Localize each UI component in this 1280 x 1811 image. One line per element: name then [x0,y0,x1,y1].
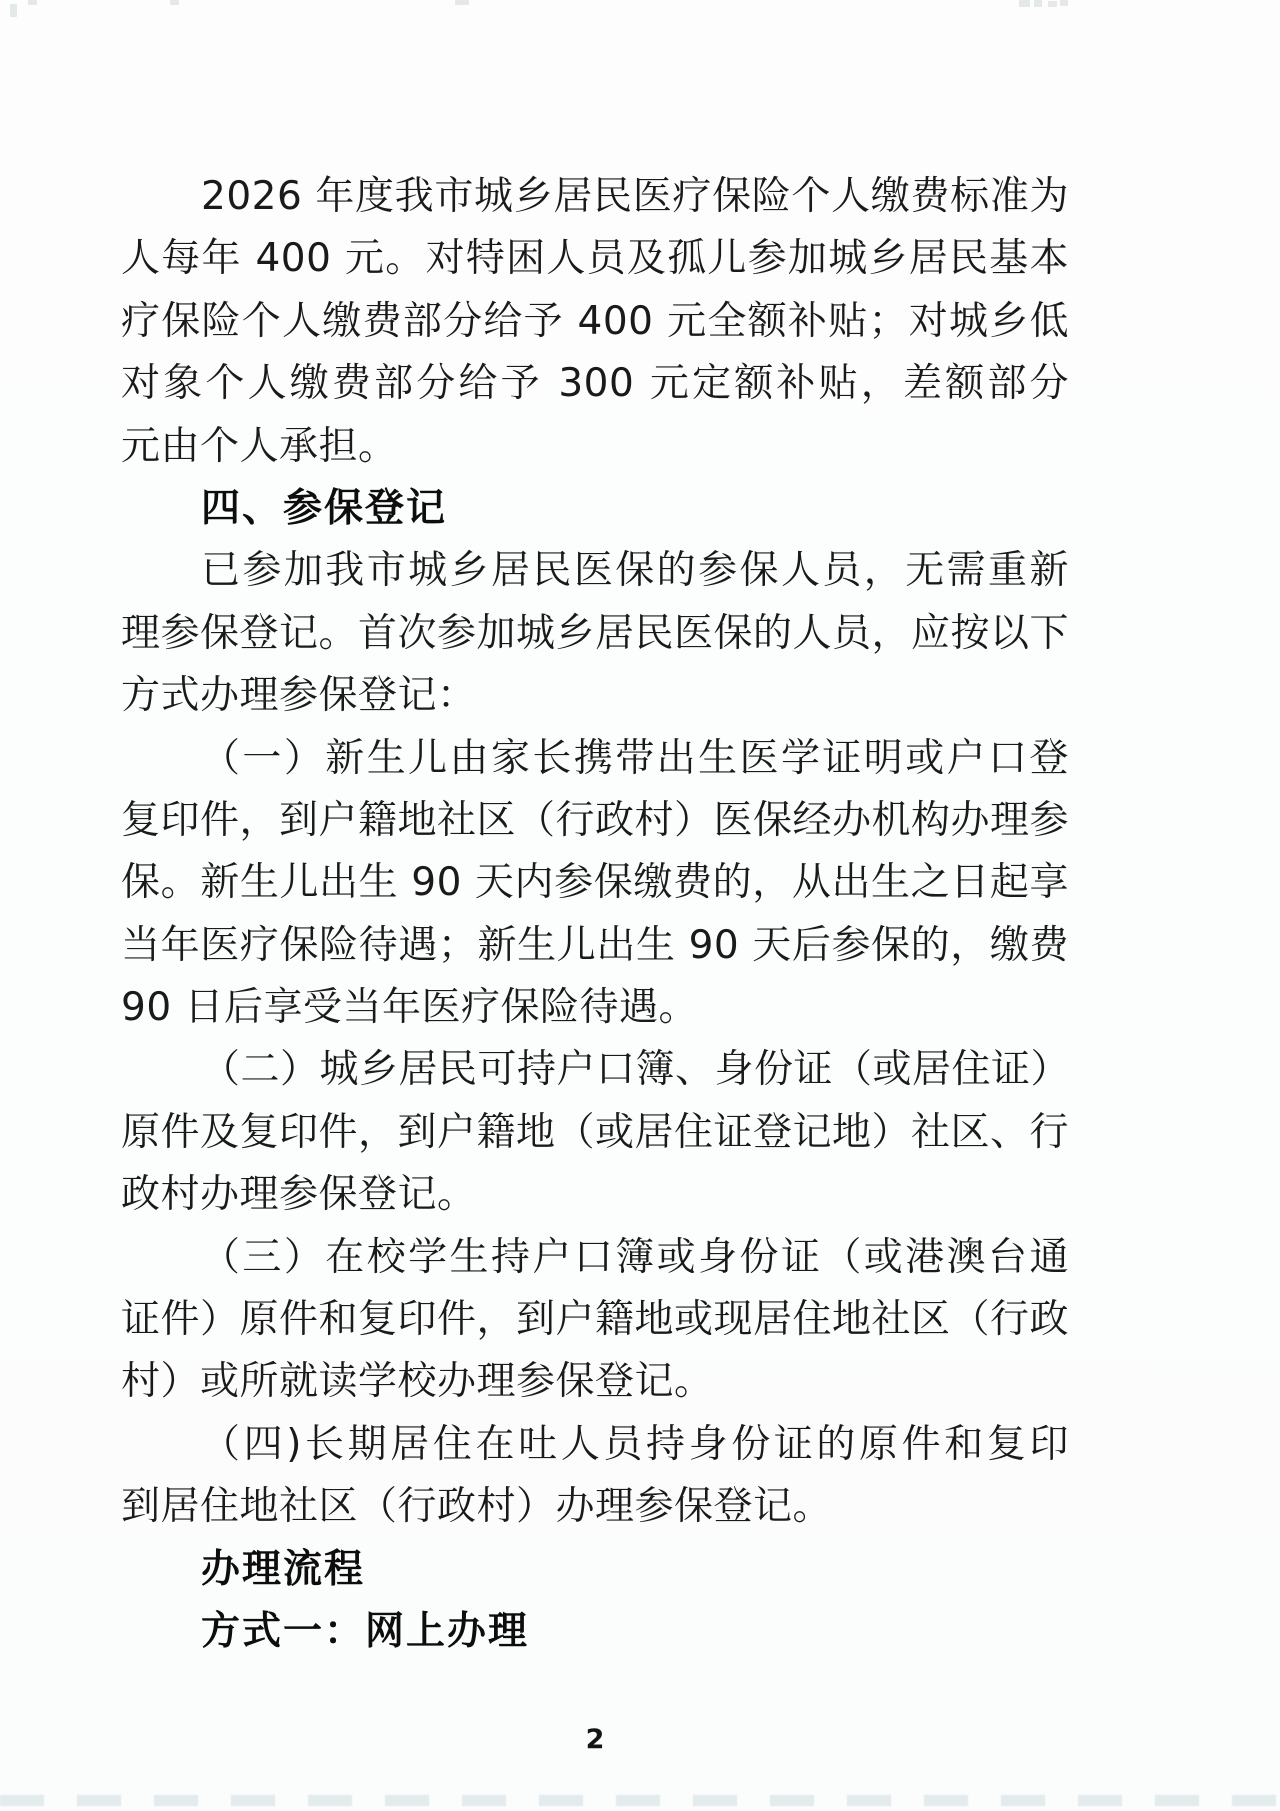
paragraph: （四)长期居住在吐人员持身份证的原件和复印件，到居住地社区（行政村）办理参保登记… [121,1414,1069,1539]
section-heading: 办理流程 [121,1539,1069,1601]
doc-line: 方式一：网上办理 [121,1601,1069,1663]
doc-line: 理参保登记。首次参加城乡居民医保的人员，应按以下 [121,603,1069,665]
doc-line: 四、参保登记 [121,478,1069,540]
doc-line: 方式办理参保登记： [121,665,1069,727]
doc-line: （二）城乡居民可持户口簿、身份证（或居住证） [121,1039,1069,1101]
scan-artifact [1034,0,1042,7]
scan-artifact [1060,0,1068,6]
doc-line: 90 日后享受当年医疗保险待遇。 [121,977,1069,1039]
scan-artifact [170,0,179,5]
doc-line: 对象个人缴费部分给予 300 元定额补贴，差额部分 100 [121,353,1069,415]
page-number: 2 [121,1724,1069,1755]
doc-line: （三）在校学生持户口簿或身份证（或港澳台通行 [121,1227,1069,1289]
paragraph: 已参加我市城乡居民医保的参保人员，无需重新办理参保登记。首次参加城乡居民医保的人… [121,540,1069,727]
scan-artifact [455,0,469,5]
doc-line: 当年医疗保险待遇；新生儿出生 90 天后参保的，缴费 [121,915,1069,977]
doc-line: 2026 年度我市城乡居民医疗保险个人缴费标准为每 [121,166,1069,228]
doc-line: 村）或所就读学校办理参保登记。 [121,1351,1069,1413]
paragraph: 2026 年度我市城乡居民医疗保险个人缴费标准为每人每年 400 元。对特困人员… [121,166,1069,478]
doc-line: 到居住地社区（行政村）办理参保登记。 [121,1476,1069,1538]
doc-line: 办理流程 [121,1539,1069,1601]
doc-line: 原件及复印件，到户籍地（或居住证登记地）社区、行 [121,1102,1069,1164]
section-heading: 四、参保登记 [121,478,1069,540]
doc-line: 政村办理参保登记。 [121,1164,1069,1226]
doc-line: （四)长期居住在吐人员持身份证的原件和复印件， [121,1414,1069,1476]
scan-artifact [1019,0,1030,7]
document-body: 2026 年度我市城乡居民医疗保险个人缴费标准为每人每年 400 元。对特困人员… [121,166,1069,1663]
scan-artifact-bottom-dashes [0,1795,1280,1806]
paragraph: （二）城乡居民可持户口簿、身份证（或居住证）原件及复印件，到户籍地（或居住证登记… [121,1039,1069,1226]
doc-line: 疗保险个人缴费部分给予 400 元全额补贴；对城乡低保 [121,291,1069,353]
scan-artifact [28,0,37,5]
scan-artifact [1048,1,1057,7]
doc-line: 复印件，到户籍地社区（行政村）医保经办机构办理参 [121,790,1069,852]
scan-artifact [10,4,17,17]
section-heading: 方式一：网上办理 [121,1601,1069,1663]
doc-line: 证件）原件和复印件，到户籍地或现居住地社区（行政 [121,1289,1069,1351]
document-page: 2026 年度我市城乡居民医疗保险个人缴费标准为每人每年 400 元。对特困人员… [0,0,1280,1811]
paragraph: （三）在校学生持户口簿或身份证（或港澳台通行证件）原件和复印件，到户籍地或现居住… [121,1227,1069,1414]
doc-line: 已参加我市城乡居民医保的参保人员，无需重新办 [121,540,1069,602]
paragraph: （一）新生儿由家长携带出生医学证明或户口登记复印件，到户籍地社区（行政村）医保经… [121,728,1069,1040]
doc-line: 保。新生儿出生 90 天内参保缴费的，从出生之日起享受 [121,852,1069,914]
doc-line: （一）新生儿由家长携带出生医学证明或户口登记 [121,728,1069,790]
doc-line: 人每年 400 元。对特困人员及孤儿参加城乡居民基本医 [121,228,1069,290]
doc-line: 元由个人承担。 [121,416,1069,478]
